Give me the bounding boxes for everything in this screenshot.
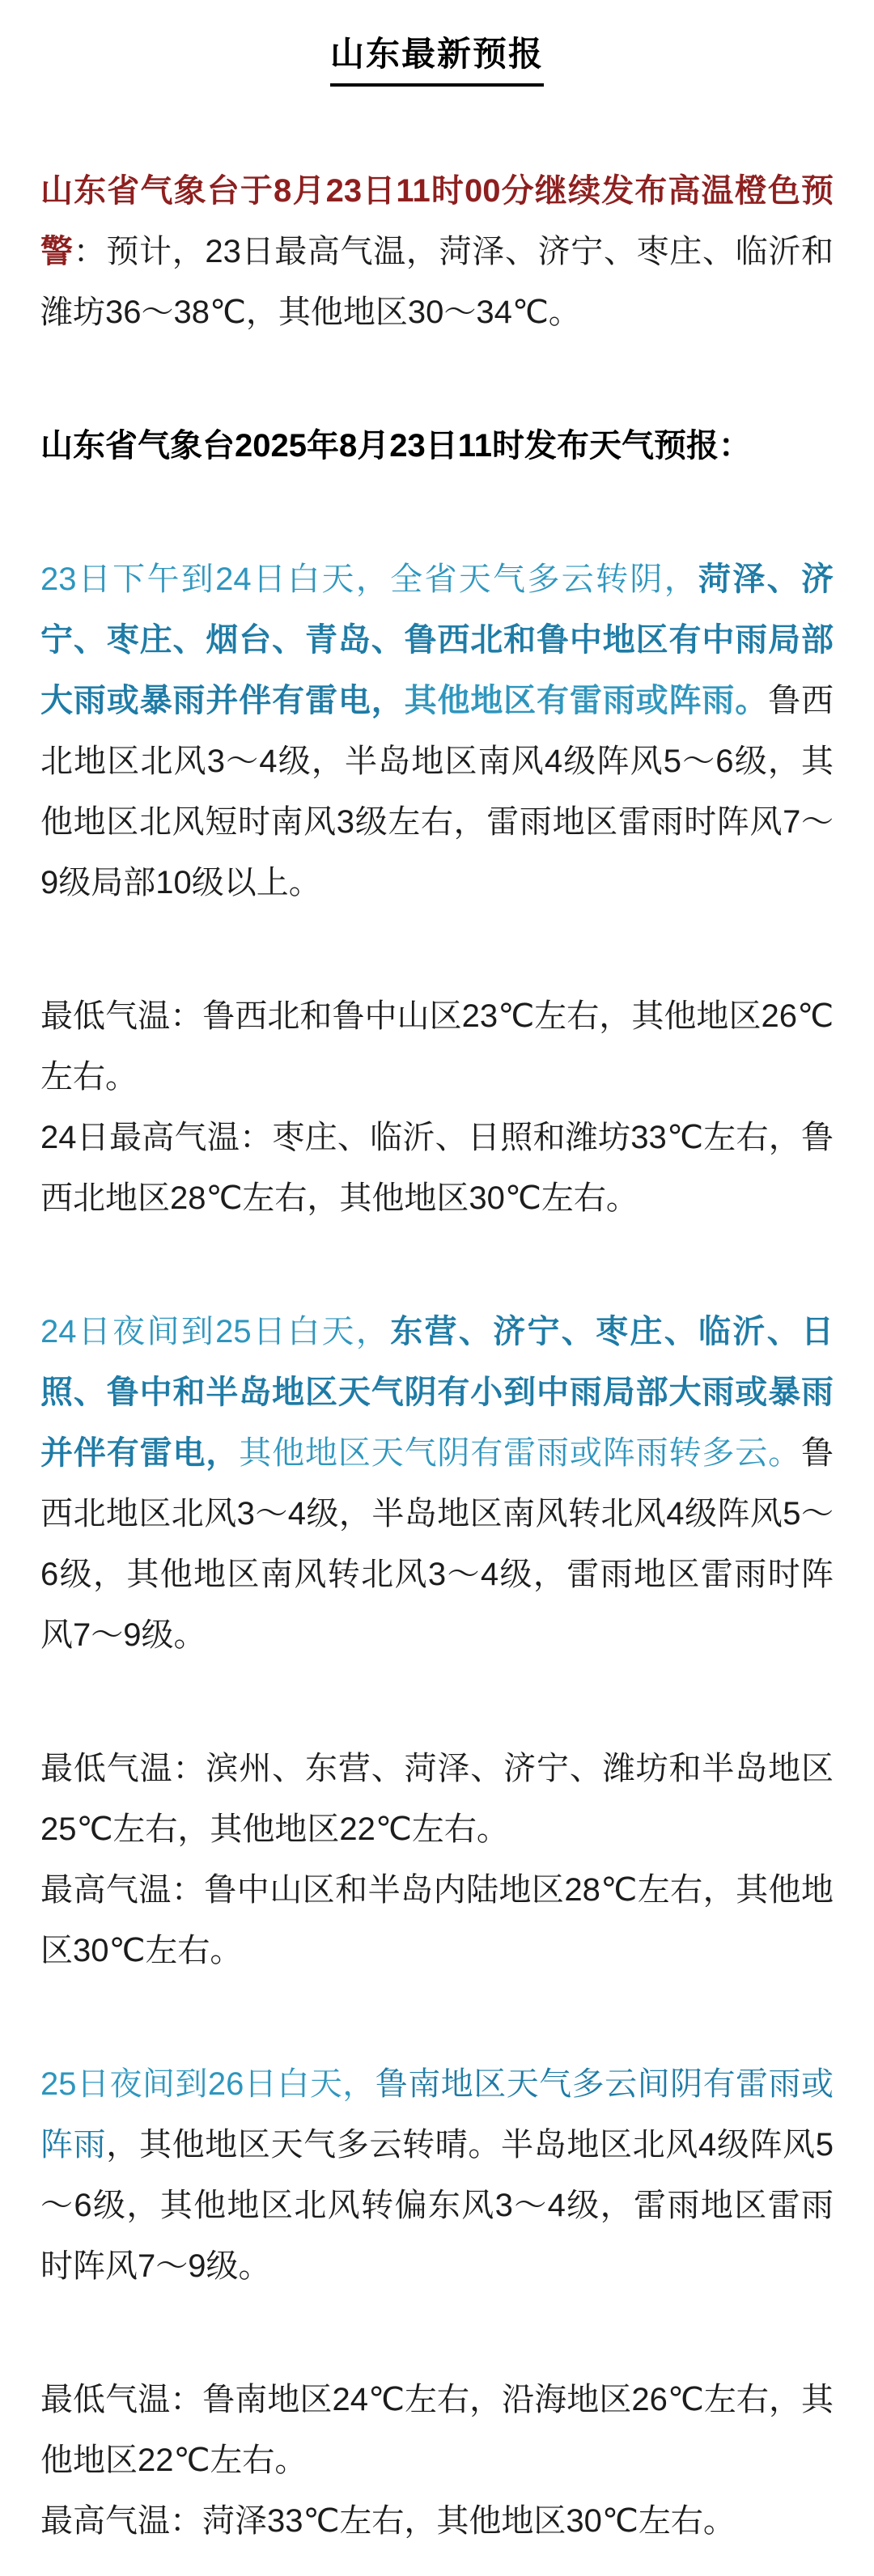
paragraph-temp-25-high: 最高气温：鲁中山区和半岛内陆地区28℃左右，其他地区30℃左右。 xyxy=(40,1860,834,1981)
page-title: 山东最新预报 xyxy=(330,32,544,87)
paragraph-forecast-25-26: 25日夜间到26日白天，鲁南地区天气多云间阴有雷雨或阵雨，其他地区天气多云转晴。… xyxy=(40,2054,834,2297)
title-row: 山东最新预报 xyxy=(40,32,834,87)
forecast-25-26-wind-text: ，其他地区天气多云转晴。半岛地区北风4级阵风5～6级，其他地区北风转偏东风3～4… xyxy=(40,2127,834,2284)
warning-detail-text: ：预计，23日最高气温，菏泽、济宁、枣庄、临沂和潍坊36～38℃，其他地区30～… xyxy=(40,234,834,330)
temp-25-low-text: 最低气温：滨州、东营、菏泽、济宁、潍坊和半岛地区25℃左右，其他地区22℃左右。 xyxy=(40,1751,834,1847)
paragraph-forecast-24-25: 24日夜间到25日白天，东营、济宁、枣庄、临沂、日照、鲁中和半岛地区天气阴有小到… xyxy=(40,1302,834,1666)
forecast-document: 山东最新预报 山东省气象台于8月23日11时00分继续发布高温橙色预警：预计，2… xyxy=(40,0,834,2576)
paragraph-temp-24-high: 24日最高气温：枣庄、临沂、日照和潍坊33℃左右，鲁西北地区28℃左右，其他地区… xyxy=(40,1108,834,1229)
forecast-25-26-date-text: 25日夜间到26日白天， xyxy=(40,2066,375,2102)
paragraph-temp-26-low: 最低气温：鲁南地区24℃左右，沿海地区26℃左右，其他地区22℃左右。 xyxy=(40,2370,834,2491)
paragraph-temp-25-low: 最低气温：滨州、东营、菏泽、济宁、潍坊和半岛地区25℃左右，其他地区22℃左右。 xyxy=(40,1739,834,1860)
paragraph-high-temp-warning: 山东省气象台于8月23日11时00分继续发布高温橙色预警：预计，23日最高气温，… xyxy=(40,161,834,343)
release-header-text: 山东省气象台2025年8月23日11时发布天气预报： xyxy=(40,428,751,464)
temp-26-high-text: 最高气温：菏泽33℃左右，其他地区30℃左右。 xyxy=(40,2503,736,2539)
temp-24-high-text: 24日最高气温：枣庄、临沂、日照和潍坊33℃左右，鲁西北地区28℃左右，其他地区… xyxy=(40,1120,834,1216)
paragraph-temp-26-high: 最高气温：菏泽33℃左右，其他地区30℃左右。 xyxy=(40,2491,834,2552)
temp-24-low-text: 最低气温：鲁西北和鲁中山区23℃左右，其他地区26℃左右。 xyxy=(40,998,834,1095)
forecast-24-25-date-text: 24日夜间到25日白天， xyxy=(40,1314,390,1349)
paragraph-forecast-23-24: 23日下午到24日白天，全省天气多云转阴，菏泽、济宁、枣庄、烟台、青岛、鲁西北和… xyxy=(40,549,834,913)
forecast-23-24-date-text: 23日下午到24日白天，全省天气多云转阴， xyxy=(40,561,698,597)
temp-25-high-text: 最高气温：鲁中山区和半岛内陆地区28℃左右，其他地区30℃左右。 xyxy=(40,1872,834,1968)
paragraph-release-header: 山东省气象台2025年8月23日11时发布天气预报： xyxy=(40,416,834,477)
paragraph-temp-24-low: 最低气温：鲁西北和鲁中山区23℃左右，其他地区26℃左右。 xyxy=(40,986,834,1108)
temp-26-low-text: 最低气温：鲁南地区24℃左右，沿海地区26℃左右，其他地区22℃左右。 xyxy=(40,2382,834,2478)
forecast-23-24-other-area-text: 其他地区有雷雨或阵雨。 xyxy=(405,683,769,718)
forecast-24-25-other-area-text: 其他地区天气阴有雷雨或阵雨转多云。 xyxy=(239,1435,801,1471)
